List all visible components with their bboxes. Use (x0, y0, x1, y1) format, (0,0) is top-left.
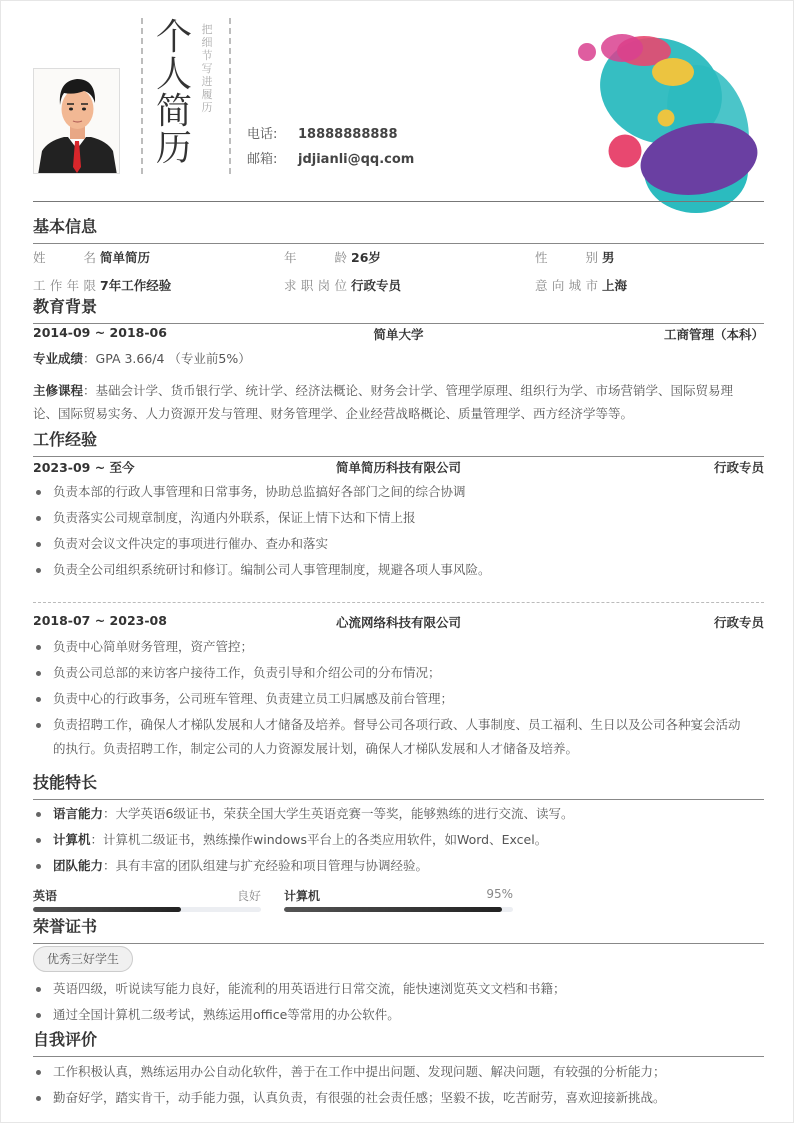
section-title-education: 教育背景 (33, 294, 764, 324)
list-item: 勤奋好学，踏实肯干，动手能力强，认真负责，有很强的社会责任感；坚毅不拔，吃苦耐劳… (33, 1085, 764, 1111)
self-evaluation-list: 工作积极认真，熟练运用办公自动化软件，善于在工作中提出问题、发现问题、解决问题，… (33, 1059, 764, 1111)
list-item: 负责公司总部的来访客户接待工作，负责引导和介绍公司的分布情况； (33, 660, 764, 686)
list-item: 团队能力：具有丰富的团队组建与扩充经验和项目管理与协调经验。 (33, 853, 764, 879)
email-value[interactable]: jdjianli@qq.com (298, 152, 414, 167)
education-major: 工商管理（本科） (664, 325, 764, 343)
skill-bar-fill (284, 907, 502, 912)
skill-bar-level: 95% (453, 887, 513, 901)
skill-bar-computer (284, 907, 513, 912)
skill-bar-label: 计算机 (284, 887, 320, 904)
resume-title: 个 人 简 历 (154, 19, 194, 167)
phone-label: 电话: (247, 123, 298, 142)
education-school: 简单大学 (33, 325, 764, 343)
section-title-skills: 技能特长 (33, 770, 764, 800)
avatar-illustration-icon (34, 69, 120, 174)
job-company: 心流网络科技有限公司 (33, 613, 764, 631)
job-header-row: 2018-07 ~ 2023-08 心流网络科技有限公司 行政专员 (33, 613, 764, 631)
job-duties-list: 负责本部的行政人事管理和日常事务，协助总监搞好各部门之间的综合协调 负责落实公司… (33, 479, 764, 583)
info-name: 姓名简单简历 (33, 248, 150, 266)
list-item: 英语四级，听说读写能力良好，能流利的用英语进行日常交流，能快速浏览英文文档和书籍… (33, 976, 764, 1002)
section-title-work: 工作经验 (33, 427, 764, 457)
list-item: 负责落实公司规章制度，沟通内外联系，保证上情下达和下情上报 (33, 505, 764, 531)
divider-right (229, 18, 231, 174)
job-separator (33, 602, 764, 603)
job-position: 行政专员 (714, 613, 764, 631)
job-header-row: 2023-09 ~ 至今 简单简历科技有限公司 行政专员 (33, 458, 764, 476)
skill-bar-level: 良好 (201, 887, 261, 904)
decorative-blobs-icon (576, 26, 761, 216)
basic-info-row: 工作年限7年工作经验 求职岗位行政专员 意向城市上海 (33, 276, 764, 294)
email-label: 邮箱: (247, 148, 298, 167)
info-job-target: 求职岗位行政专员 (284, 276, 401, 294)
list-item: 负责招聘工作，确保人才梯队发展和人才储备及培养。督导公司各项行政、人事制度、员工… (33, 712, 764, 761)
skill-bar-fill (33, 907, 181, 912)
resume-subtitle: 把 细 节 写 进 履 历 (200, 23, 214, 114)
education-header-row: 2014-09 ~ 2018-06 简单大学 工商管理（本科） (33, 325, 764, 343)
job-position: 行政专员 (714, 458, 764, 476)
contact-phone: 电话:18888888888 (247, 123, 398, 142)
list-item: 工作积极认真，熟练运用办公自动化软件，善于在工作中提出问题、发现问题、解决问题，… (33, 1059, 764, 1085)
info-city: 意向城市上海 (535, 276, 627, 294)
list-item: 负责中心的行政事务，公司班车管理、负责建立员工归属感及前台管理； (33, 686, 764, 712)
info-age: 年龄26岁 (284, 248, 381, 266)
job-company: 简单简历科技有限公司 (33, 458, 764, 476)
list-item: 负责对会议文件决定的事项进行催办、查办和落实 (33, 531, 764, 557)
list-item: 语言能力：大学英语6级证书，荣获全国大学生英语竞赛一等奖，能够熟练的进行交流、读… (33, 801, 764, 827)
phone-value[interactable]: 18888888888 (298, 127, 398, 142)
education-courses: 主修课程：基础会计学、货币银行学、统计学、经济法概论、财务会计学、管理学原理、组… (33, 379, 768, 425)
contact-email: 邮箱:jdjianli@qq.com (247, 148, 414, 167)
info-work-years: 工作年限7年工作经验 (33, 276, 171, 294)
honor-tag: 优秀三好学生 (33, 946, 133, 972)
section-title-basic-info: 基本信息 (33, 214, 764, 244)
education-gpa: 专业成绩：GPA 3.66/4 （专业前5%） (33, 351, 251, 367)
job-duties-list: 负责中心简单财务管理，资产管控； 负责公司总部的来访客户接待工作，负责引导和介绍… (33, 634, 764, 761)
skill-bar-english (33, 907, 261, 912)
section-title-self-evaluation: 自我评价 (33, 1027, 764, 1057)
info-gender: 性别男 (535, 248, 615, 266)
list-item: 负责本部的行政人事管理和日常事务，协助总监搞好各部门之间的综合协调 (33, 479, 764, 505)
skills-list: 语言能力：大学英语6级证书，荣获全国大学生英语竞赛一等奖，能够熟练的进行交流、读… (33, 801, 764, 879)
list-item: 通过全国计算机二级考试，熟练运用office等常用的办公软件。 (33, 1002, 764, 1028)
honors-list: 英语四级，听说读写能力良好，能流利的用英语进行日常交流，能快速浏览英文文档和书籍… (33, 976, 764, 1028)
list-item: 计算机：计算机二级证书，熟练操作windows平台上的各类应用软件，如Word、… (33, 827, 764, 853)
list-item: 负责中心简单财务管理，资产管控； (33, 634, 764, 660)
skill-bar-label: 英语 (33, 887, 57, 904)
list-item: 负责全公司组织系统研讨和修订。编制公司人事管理制度，规避各项人事风险。 (33, 557, 764, 583)
header-rule (33, 201, 764, 202)
profile-photo (33, 68, 120, 174)
basic-info-row: 姓名简单简历 年龄26岁 性别男 (33, 248, 764, 266)
section-title-honors: 荣誉证书 (33, 914, 764, 944)
resume-page: 个 人 简 历 把 细 节 写 进 履 历 电话:18888888888 邮箱:… (0, 0, 794, 1123)
divider-left (141, 18, 143, 174)
